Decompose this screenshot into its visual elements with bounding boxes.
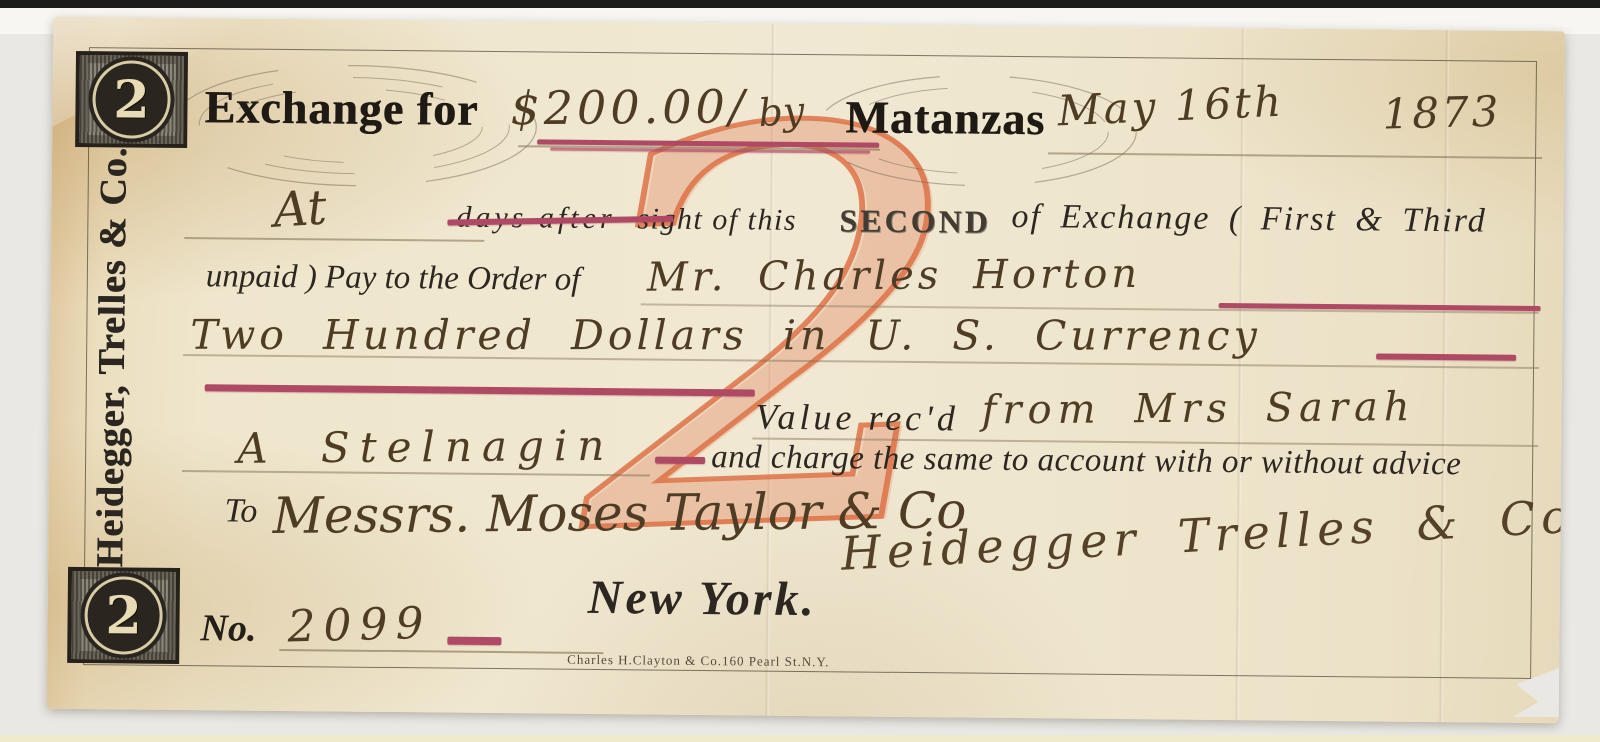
scanned-document-stage: 2 2 2 Heidegger, Trelles & Co. Exchange … [0, 0, 1600, 742]
issuer-name-vertical: Heidegger, Trelles & Co. [88, 145, 170, 570]
amount-words-handwritten: Two Hundred Dollars in U. S. Currency [190, 311, 1260, 360]
scanner-bottom-strip [0, 735, 1600, 742]
amount-numeric-handwritten: $200.00/ [510, 79, 748, 135]
bill-of-exchange-paper: 2 2 2 Heidegger, Trelles & Co. Exchange … [47, 17, 1566, 723]
value-from-line2-handwritten: A Stelnagin [237, 421, 614, 473]
number-value-handwritten: 2099 [287, 598, 432, 653]
amount-flourish-handwritten: by [757, 88, 805, 135]
payee-handwritten: Mr. Charles Horton [647, 251, 1142, 301]
date-day-handwritten: May 16th [1057, 77, 1285, 136]
charge-clause-text: and charge the same to account with or w… [711, 439, 1462, 483]
denomination-badge-top: 2 [75, 51, 188, 148]
place-label: Matanzas [845, 90, 1045, 145]
badge-circle: 2 [84, 576, 163, 655]
second-of-exchange-label: SECOND [839, 202, 991, 240]
drawee-city-text: New York. [588, 570, 817, 627]
to-label: To [224, 492, 257, 530]
printer-imprint: Charles H.Clayton & Co.160 Pearl St.N.Y. [567, 652, 829, 671]
tenor-handwritten: At [272, 180, 328, 239]
exchange-clause-text: of Exchange ( First & Third [1011, 198, 1487, 241]
scanner-top-bar [0, 0, 1600, 8]
badge-numeral: 2 [105, 585, 142, 646]
red-fill-dash-number [447, 637, 501, 646]
badge-circle: 2 [92, 60, 171, 139]
number-label: No. [200, 606, 256, 651]
red-fill-dash-stelnagin [655, 457, 705, 464]
badge-numeral: 2 [113, 69, 150, 130]
unpaid-pay-order-text: unpaid ) Pay to the Order of [206, 258, 581, 299]
exchange-for-label: Exchange for [204, 80, 478, 136]
date-year-handwritten: 1873 [1382, 87, 1502, 139]
denomination-badge-bottom: 2 [67, 567, 180, 664]
value-from-handwritten: from Mrs Sarah [981, 384, 1415, 433]
value-received-text: Value rec'd [755, 396, 959, 440]
